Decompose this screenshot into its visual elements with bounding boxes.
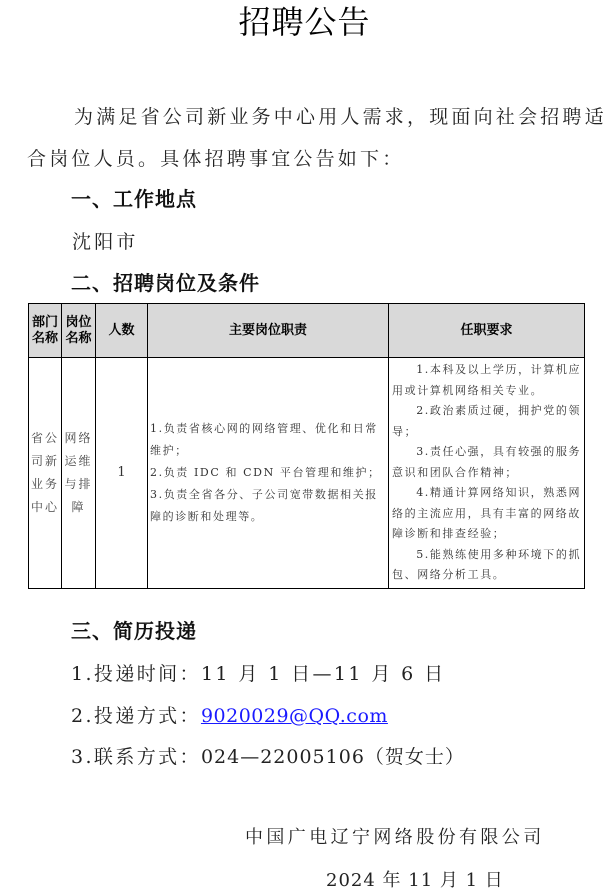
table-row: 省公 司新 业务 中心 网络 运维 与排 障 1 1.负责省核心网的网络管理、优… [29,358,585,589]
position-text: 网络 运维 与排 障 [64,427,92,519]
requirement-item: 5.能熟练使用多种环境下的抓包、网络分析工具。 [392,545,582,586]
section-heading-positions: 二、招聘岗位及条件 [71,270,260,296]
submission-time-line: 1.投递时间：11 月 1 日—11 月 6 日 [71,661,446,687]
company-signature: 中国广电辽宁网络股份有限公司 [245,825,545,851]
cell-position: 网络 运维 与排 障 [62,358,96,589]
requirement-item: 3.责任心强，具有较强的服务意识和团队合作精神； [392,442,582,483]
cell-duties: 1.负责省核心网的网络管理、优化和日常维护； 2.负责 IDC 和 CDN 平台… [148,358,389,589]
contact-line: 3.联系方式：024—22005106（贺女士） [71,744,465,770]
announcement-date: 2024 年 11 月 1 日 [326,868,504,892]
section-heading-resume-submission: 三、简历投递 [71,618,197,644]
duty-item: 2.负责 IDC 和 CDN 平台管理和维护； [150,462,386,484]
intro-line-2: 合岗位人员。具体招聘事宜公告如下： [27,146,404,172]
email-link[interactable]: 9020029@QQ.com [201,705,388,727]
intro-line-1: 为满足省公司新业务中心用人需求，现面向社会招聘适 [74,104,607,130]
header-position-line-2: 名称 [62,331,95,347]
requirement-item: 2.政治素质过硬，拥护党的领导； [392,401,582,442]
position-line: 障 [64,496,92,519]
header-position-line-1: 岗位 [62,315,95,331]
position-line: 运维 [64,450,92,473]
duty-item: 1.负责省核心网的网络管理、优化和日常维护； [150,418,386,462]
section-heading-work-location: 一、工作地点 [71,186,197,212]
contact-label: 3.联系方式： [71,746,201,768]
dept-line: 中心 [31,496,59,519]
dept-line: 司新 [31,450,59,473]
position-line: 网络 [64,427,92,450]
submission-method-line: 2.投递方式：9020029@QQ.com [71,703,388,729]
cell-dept: 省公 司新 业务 中心 [29,358,62,589]
header-count: 人数 [96,304,148,358]
cell-count: 1 [96,358,148,589]
submission-time-label: 1.投递时间： [71,663,201,685]
work-location-value: 沈阳市 [72,229,139,255]
requirement-item: 1.本科及以上学历，计算机应用或计算机网络相关专业。 [392,360,582,401]
requirement-item: 4.精通计算网络知识，熟悉网络的主流应用，具有丰富的网络故障诊断和排查经验； [392,483,582,545]
header-dept-line-2: 名称 [29,331,61,347]
contact-value: 024—22005106（贺女士） [201,746,465,768]
positions-table: 部门 名称 岗位 名称 人数 主要岗位职责 任职要求 省公 司新 业务 中心 网… [28,303,585,589]
header-duties: 主要岗位职责 [148,304,389,358]
duty-item: 3.负责全省各分、子公司宽带数据相关报障的诊断和处理等。 [150,484,386,528]
cell-requirements: 1.本科及以上学历，计算机应用或计算机网络相关专业。 2.政治素质过硬，拥护党的… [389,358,585,589]
requirements-list: 1.本科及以上学历，计算机应用或计算机网络相关专业。 2.政治素质过硬，拥护党的… [389,360,584,586]
dept-line: 业务 [31,473,59,496]
duties-list: 1.负责省核心网的网络管理、优化和日常维护； 2.负责 IDC 和 CDN 平台… [148,418,388,528]
page-title: 招聘公告 [0,2,609,42]
header-dept-name: 部门 名称 [29,304,62,358]
header-requirements: 任职要求 [389,304,585,358]
header-dept-line-1: 部门 [29,315,61,331]
submission-time-value: 11 月 1 日—11 月 6 日 [201,663,446,685]
header-position-name: 岗位 名称 [62,304,96,358]
dept-line: 省公 [31,427,59,450]
table-header-row: 部门 名称 岗位 名称 人数 主要岗位职责 任职要求 [29,304,585,358]
position-line: 与排 [64,473,92,496]
submission-method-label: 2.投递方式： [71,705,201,727]
dept-text: 省公 司新 业务 中心 [31,427,59,519]
